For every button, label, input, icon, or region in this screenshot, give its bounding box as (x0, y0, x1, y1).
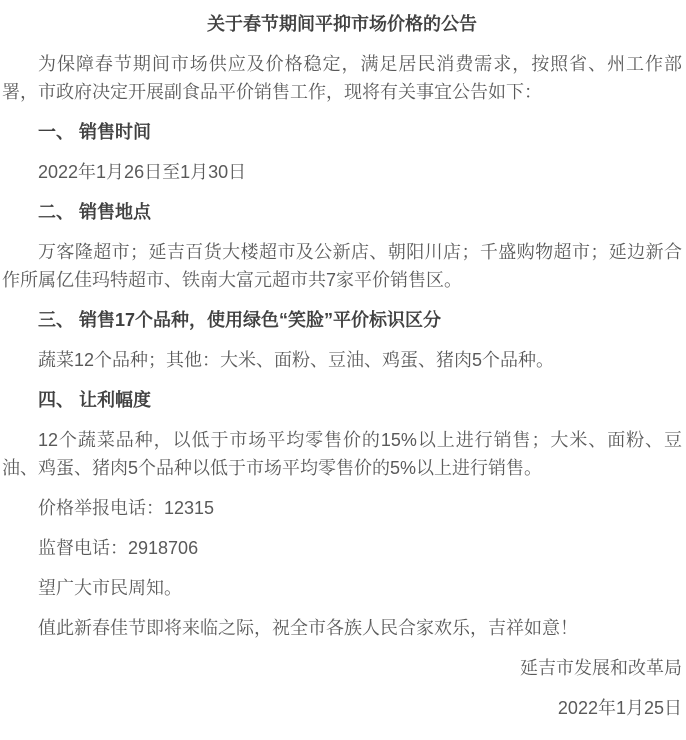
issue-date: 2022年1月25日 (2, 694, 682, 722)
section-1-body-sale-time: 2022年1月26日至1月30日 (2, 158, 682, 186)
section-1-heading-sale-time: 一、 销售时间 (2, 118, 682, 146)
page-title: 关于春节期间平抑市场价格的公告 (2, 10, 682, 38)
supervision-phone: 监督电话：2918706 (2, 534, 682, 562)
section-2-body-sale-locations: 万客隆超市；延吉百货大楼超市及公新店、朝阳川店；千盛购物超市；延边新合作所属亿佳… (2, 238, 682, 294)
intro-paragraph: 为保障春节期间市场供应及价格稳定，满足居民消费需求，按照省、州工作部署，市政府决… (2, 50, 682, 106)
price-announcement-document: 关于春节期间平抑市场价格的公告 为保障春节期间市场供应及价格稳定，满足居民消费需… (0, 0, 686, 740)
public-notice-line: 望广大市民周知。 (2, 574, 682, 602)
section-3-heading-varieties: 三、 销售17个品种，使用绿色“笑脸”平价标识区分 (2, 306, 682, 334)
section-4-heading-discount-range: 四、 让利幅度 (2, 386, 682, 414)
festival-wish-line: 值此新春佳节即将来临之际，祝全市各族人民合家欢乐，吉祥如意！ (2, 614, 682, 642)
section-3-body-varieties: 蔬菜12个品种；其他：大米、面粉、豆油、鸡蛋、猪肉5个品种。 (2, 346, 682, 374)
issuer-signature: 延吉市发展和改革局 (2, 654, 682, 682)
section-2-heading-sale-locations: 二、 销售地点 (2, 198, 682, 226)
section-4-body-discount-range: 12个蔬菜品种，以低于市场平均零售价的15%以上进行销售；大米、面粉、豆油、鸡蛋… (2, 426, 682, 482)
price-report-hotline: 价格举报电话：12315 (2, 494, 682, 522)
